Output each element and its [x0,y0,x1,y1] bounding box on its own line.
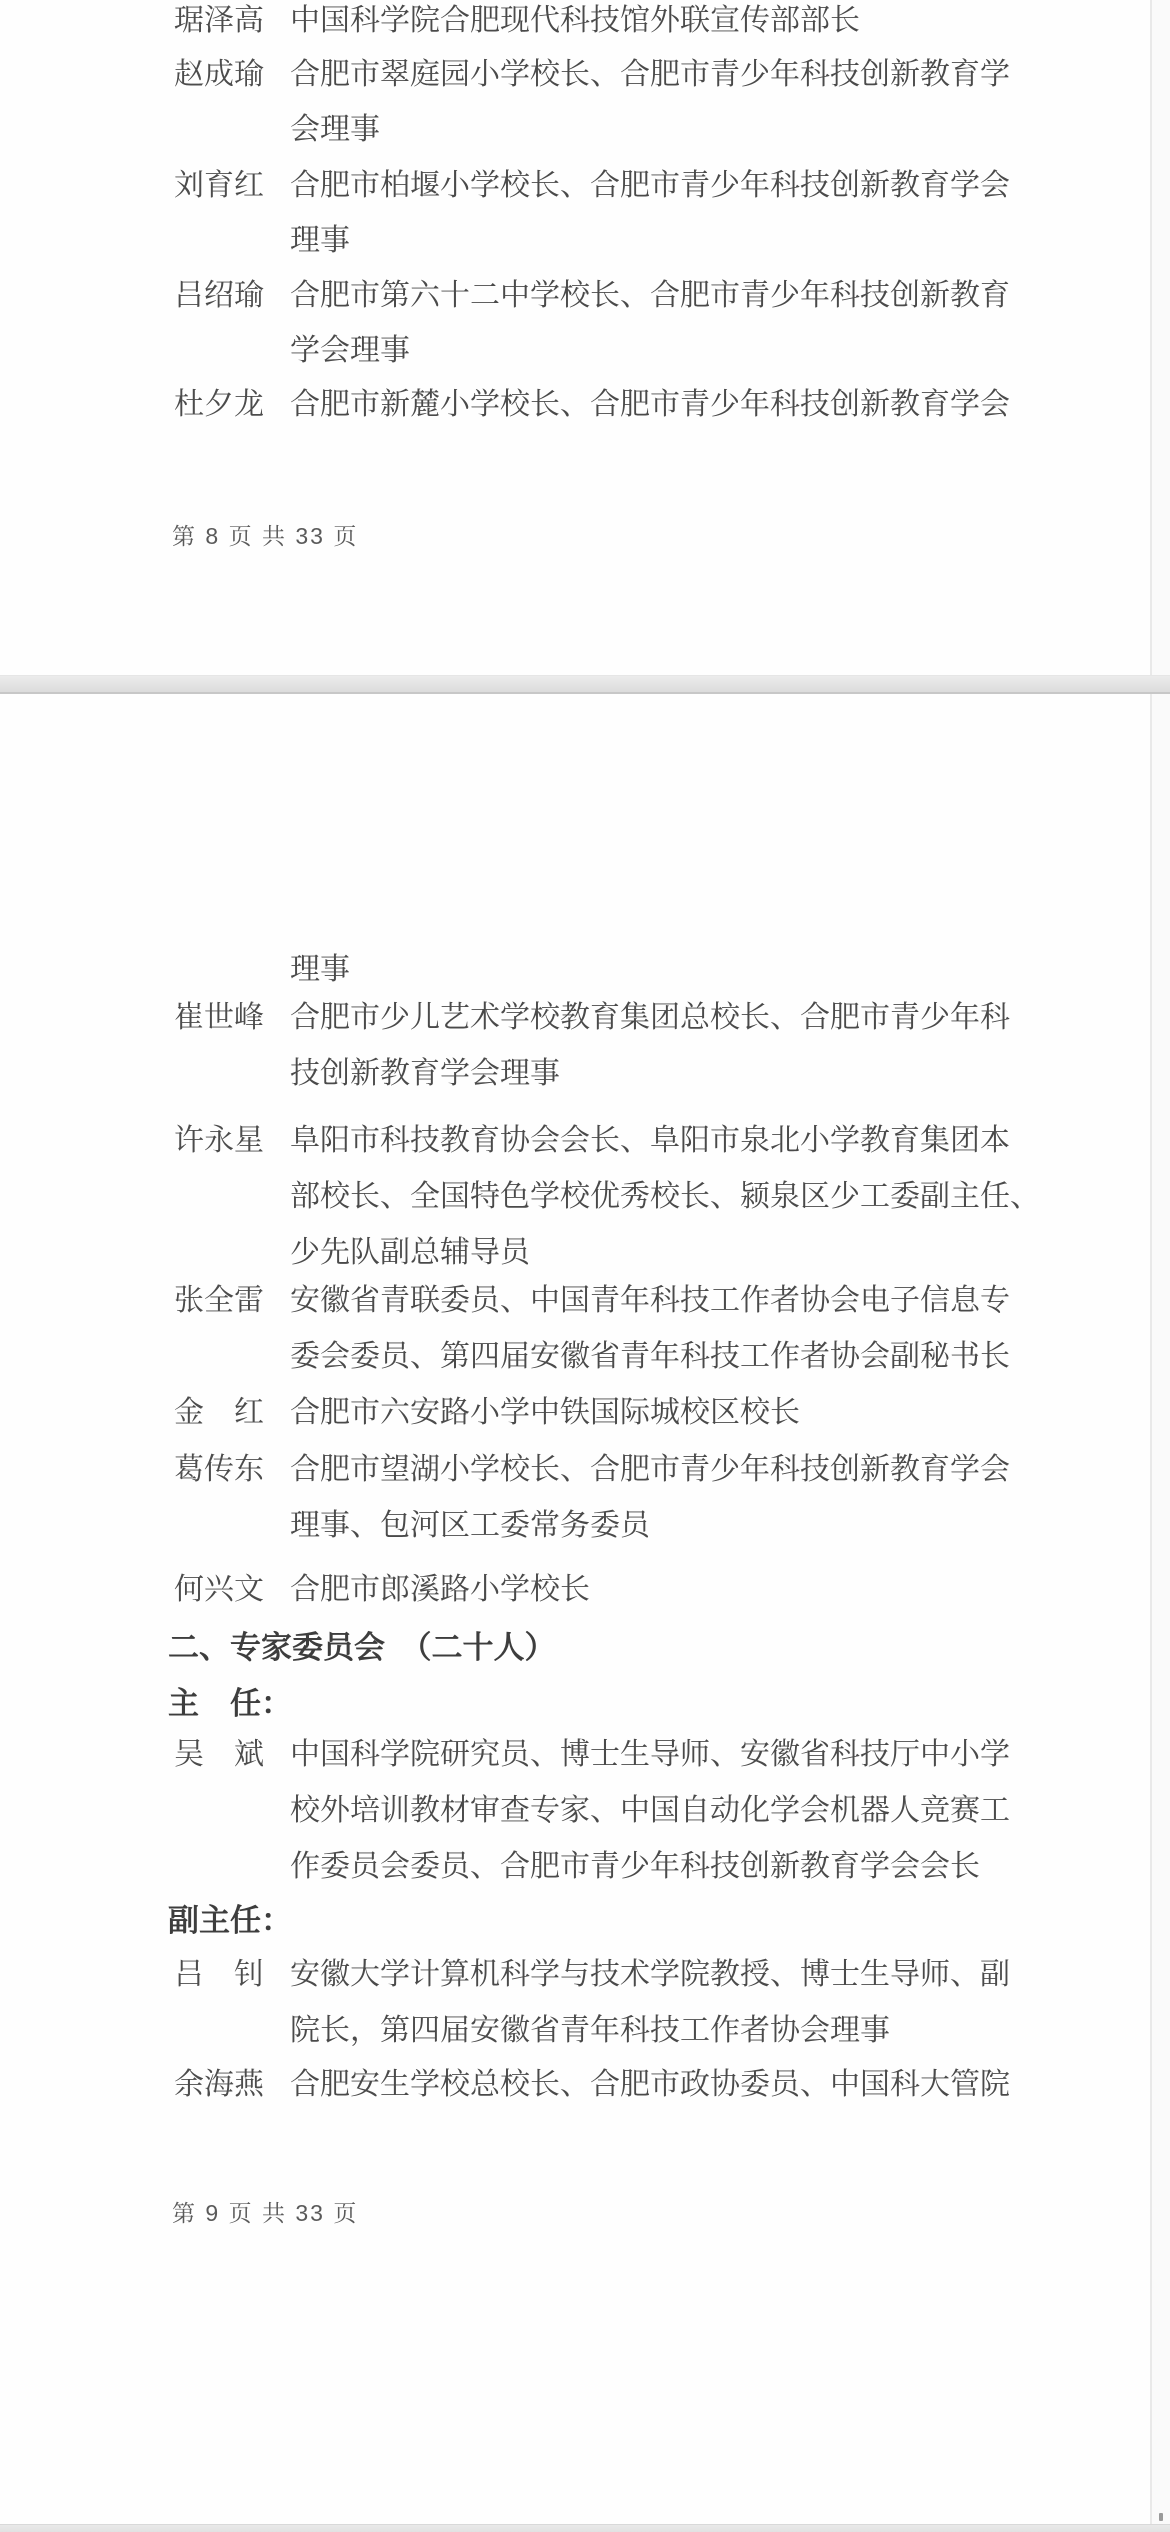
page-8-sheet: 琚泽高 中国科学院合肥现代科技馆外联宣传部部长 赵成瑜 合肥市翠庭园小学校长、合… [0,0,1170,675]
member-titles: 合肥市六安路小学中铁国际城校区校长 [290,1385,800,1441]
page-9-sheet: 理事 崔世峰 合肥市少儿艺术学校教育集团总校长、合肥市青少年科 技创新教育学会理… [0,694,1170,2524]
member-name: 许永星 [165,1113,290,1169]
member-titles: 合肥市新麓小学校长、合肥市青少年科技创新教育学会 [290,377,1010,432]
member-name: 吴 斌 [165,1727,290,1783]
member-title-line: 阜阳市科技教育协会会长、阜阳市泉北小学教育集团本 [290,1113,1040,1169]
roster-entry: 张全雷 安徽省青联委员、中国青年科技工作者协会电子信息专 委会委员、第四届安徽省… [165,1273,1010,1385]
member-title-line: 合肥市望湖小学校长、合肥市青少年科技创新教育学会 [290,1442,1010,1498]
vice-chair-label: 副主任： [165,1893,292,1948]
member-title-line: 院长，第四届安徽省青年科技工作者协会理事 [290,2003,1010,2059]
section-heading-expert-committee: 二、专家委员会 （二十人） [165,1620,556,1675]
member-titles: 合肥市柏堰小学校长、合肥市青少年科技创新教育学会 理事 [290,158,1010,268]
roster-entry-vice-chair: 吕 钊 安徽大学计算机科学与技术学院教授、博士生导师、副 院长，第四届安徽省青年… [165,1947,1010,2059]
member-title-line: 会理事 [290,102,1010,157]
member-title-line: 安徽大学计算机科学与技术学院教授、博士生导师、副 [290,1947,1010,2003]
scan-edge-strip [1152,694,1170,2524]
roster-entry-chair: 吴 斌 中国科学院研究员、博士生导师、安徽省科技厅中小学 校外培训教材审查专家、… [165,1727,1010,1895]
member-title-line: 部校长、全国特色学校优秀校长、颍泉区少工委副主任、 [290,1169,1040,1225]
roster-entry: 金 红 合肥市六安路小学中铁国际城校区校长 [165,1385,800,1441]
roster-entry: 赵成瑜 合肥市翠庭园小学校长、合肥市青少年科技创新教育学 会理事 [165,47,1010,157]
member-title-line: 作委员会委员、合肥市青少年科技创新教育学会会长 [290,1839,1010,1895]
member-titles: 安徽省青联委员、中国青年科技工作者协会电子信息专 委会委员、第四届安徽省青年科技… [290,1273,1010,1385]
continuation-line: 理事 [290,942,350,997]
member-title-line: 合肥市郎溪路小学校长 [290,1562,590,1618]
member-name: 杜夕龙 [165,377,290,432]
member-title-line: 合肥市柏堰小学校长、合肥市青少年科技创新教育学会 [290,158,1010,213]
member-title-line: 中国科学院合肥现代科技馆外联宣传部部长 [290,0,860,48]
roster-entry: 何兴文 合肥市郎溪路小学校长 [165,1562,590,1618]
member-titles: 阜阳市科技教育协会会长、阜阳市泉北小学教育集团本 部校长、全国特色学校优秀校长、… [290,1113,1040,1281]
member-name: 崔世峰 [165,990,290,1046]
member-titles: 合肥市少儿艺术学校教育集团总校长、合肥市青少年科 技创新教育学会理事 [290,990,1010,1102]
member-title-line: 中国科学院研究员、博士生导师、安徽省科技厅中小学 [290,1727,1010,1783]
member-name: 余海燕 [165,2057,290,2113]
member-name: 何兴文 [165,1562,290,1618]
member-name: 琚泽高 [165,0,290,48]
member-titles: 安徽大学计算机科学与技术学院教授、博士生导师、副 院长，第四届安徽省青年科技工作… [290,1947,1010,2059]
member-title-line: 校外培训教材审查专家、中国自动化学会机器人竞赛工 [290,1783,1010,1839]
member-title-line: 理事 [290,213,1010,268]
page-gap-divider-bottom [0,2524,1170,2532]
member-title-line: 安徽省青联委员、中国青年科技工作者协会电子信息专 [290,1273,1010,1329]
member-title-line: 合肥市翠庭园小学校长、合肥市青少年科技创新教育学 [290,47,1010,102]
member-titles: 合肥市翠庭园小学校长、合肥市青少年科技创新教育学 会理事 [290,47,1010,157]
member-name: 金 红 [165,1385,290,1441]
member-titles: 中国科学院研究员、博士生导师、安徽省科技厅中小学 校外培训教材审查专家、中国自动… [290,1727,1010,1895]
member-name: 张全雷 [165,1273,290,1329]
roster-entry: 琚泽高 中国科学院合肥现代科技馆外联宣传部部长 [165,0,860,48]
member-titles: 合肥市郎溪路小学校长 [290,1562,590,1618]
member-title-line: 学会理事 [290,323,1010,378]
roster-entry: 崔世峰 合肥市少儿艺术学校教育集团总校长、合肥市青少年科 技创新教育学会理事 [165,990,1010,1102]
roster-entry-vice-chair: 余海燕 合肥安生学校总校长、合肥市政协委员、中国科大管院 [165,2057,1010,2113]
member-name: 吕 钊 [165,1947,290,2003]
member-titles: 合肥安生学校总校长、合肥市政协委员、中国科大管院 [290,2057,1010,2113]
scan-edge-strip [1152,0,1170,675]
member-titles: 合肥市望湖小学校长、合肥市青少年科技创新教育学会 理事、包河区工委常务委员 [290,1442,1010,1554]
member-title-line: 技创新教育学会理事 [290,1046,1010,1102]
chair-label: 主 任： [165,1676,292,1731]
member-title-line: 合肥安生学校总校长、合肥市政协委员、中国科大管院 [290,2057,1010,2113]
member-title-line: 委会委员、第四届安徽省青年科技工作者协会副秘书长 [290,1329,1010,1385]
roster-entry: 许永星 阜阳市科技教育协会会长、阜阳市泉北小学教育集团本 部校长、全国特色学校优… [165,1113,1040,1281]
member-name: 葛传东 [165,1442,290,1498]
page-gap-divider [0,675,1170,694]
page-8-footer: 第 8 页 共 33 页 [165,521,358,551]
roster-entry: 刘育红 合肥市柏堰小学校长、合肥市青少年科技创新教育学会 理事 [165,158,1010,268]
scan-speck [1159,2513,1163,2521]
member-titles: 合肥市第六十二中学校长、合肥市青少年科技创新教育 学会理事 [290,268,1010,378]
roster-entry: 吕绍瑜 合肥市第六十二中学校长、合肥市青少年科技创新教育 学会理事 [165,268,1010,378]
member-name: 赵成瑜 [165,47,290,102]
member-titles: 中国科学院合肥现代科技馆外联宣传部部长 [290,0,860,48]
member-title-line: 合肥市新麓小学校长、合肥市青少年科技创新教育学会 [290,377,1010,432]
member-title-line: 合肥市六安路小学中铁国际城校区校长 [290,1385,800,1441]
member-name: 刘育红 [165,158,290,213]
roster-entry: 杜夕龙 合肥市新麓小学校长、合肥市青少年科技创新教育学会 [165,377,1010,432]
scanned-document-view: 琚泽高 中国科学院合肥现代科技馆外联宣传部部长 赵成瑜 合肥市翠庭园小学校长、合… [0,0,1170,2532]
member-title-line: 理事、包河区工委常务委员 [290,1498,1010,1554]
member-title-line: 合肥市第六十二中学校长、合肥市青少年科技创新教育 [290,268,1010,323]
member-name: 吕绍瑜 [165,268,290,323]
member-title-line: 合肥市少儿艺术学校教育集团总校长、合肥市青少年科 [290,990,1010,1046]
page-9-footer: 第 9 页 共 33 页 [165,2198,358,2228]
roster-entry: 葛传东 合肥市望湖小学校长、合肥市青少年科技创新教育学会 理事、包河区工委常务委… [165,1442,1010,1554]
